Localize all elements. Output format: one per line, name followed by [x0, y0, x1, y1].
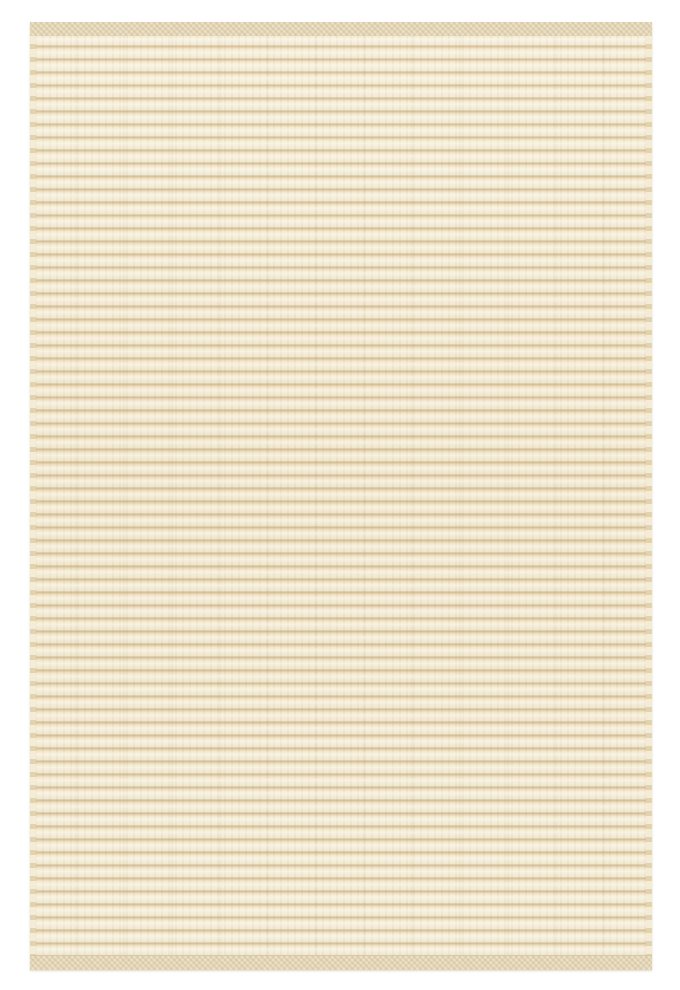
rug-loop-weave: [30, 36, 652, 956]
product-photo: [0, 0, 680, 990]
rug-right-edge: [646, 36, 652, 956]
rug-bottom-binding: [30, 955, 652, 970]
rug-top-binding: [30, 22, 652, 37]
jute-rug: [30, 22, 652, 970]
rug-left-edge: [30, 36, 36, 956]
